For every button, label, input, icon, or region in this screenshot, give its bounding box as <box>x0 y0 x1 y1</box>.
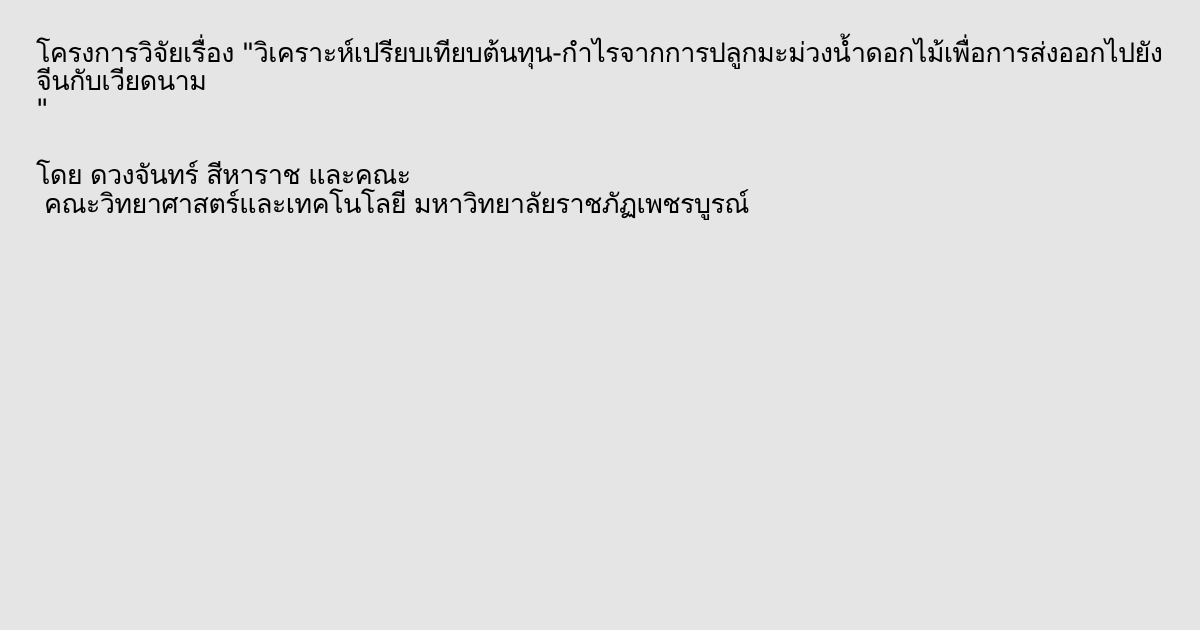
author-line: โดย ดวงจันทร์ สีหาราช และคณะ <box>36 162 1176 190</box>
affiliation-line: คณะวิทยาศาสตร์และเทคโนโลยี มหาวิทยาลัยรา… <box>36 190 1176 220</box>
research-title: โครงการวิจัยเรื่อง "วิเคราะห์เปรียบเทียบ… <box>36 40 1176 124</box>
research-card: โครงการวิจัยเรื่อง "วิเคราะห์เปรียบเทียบ… <box>36 40 1176 220</box>
